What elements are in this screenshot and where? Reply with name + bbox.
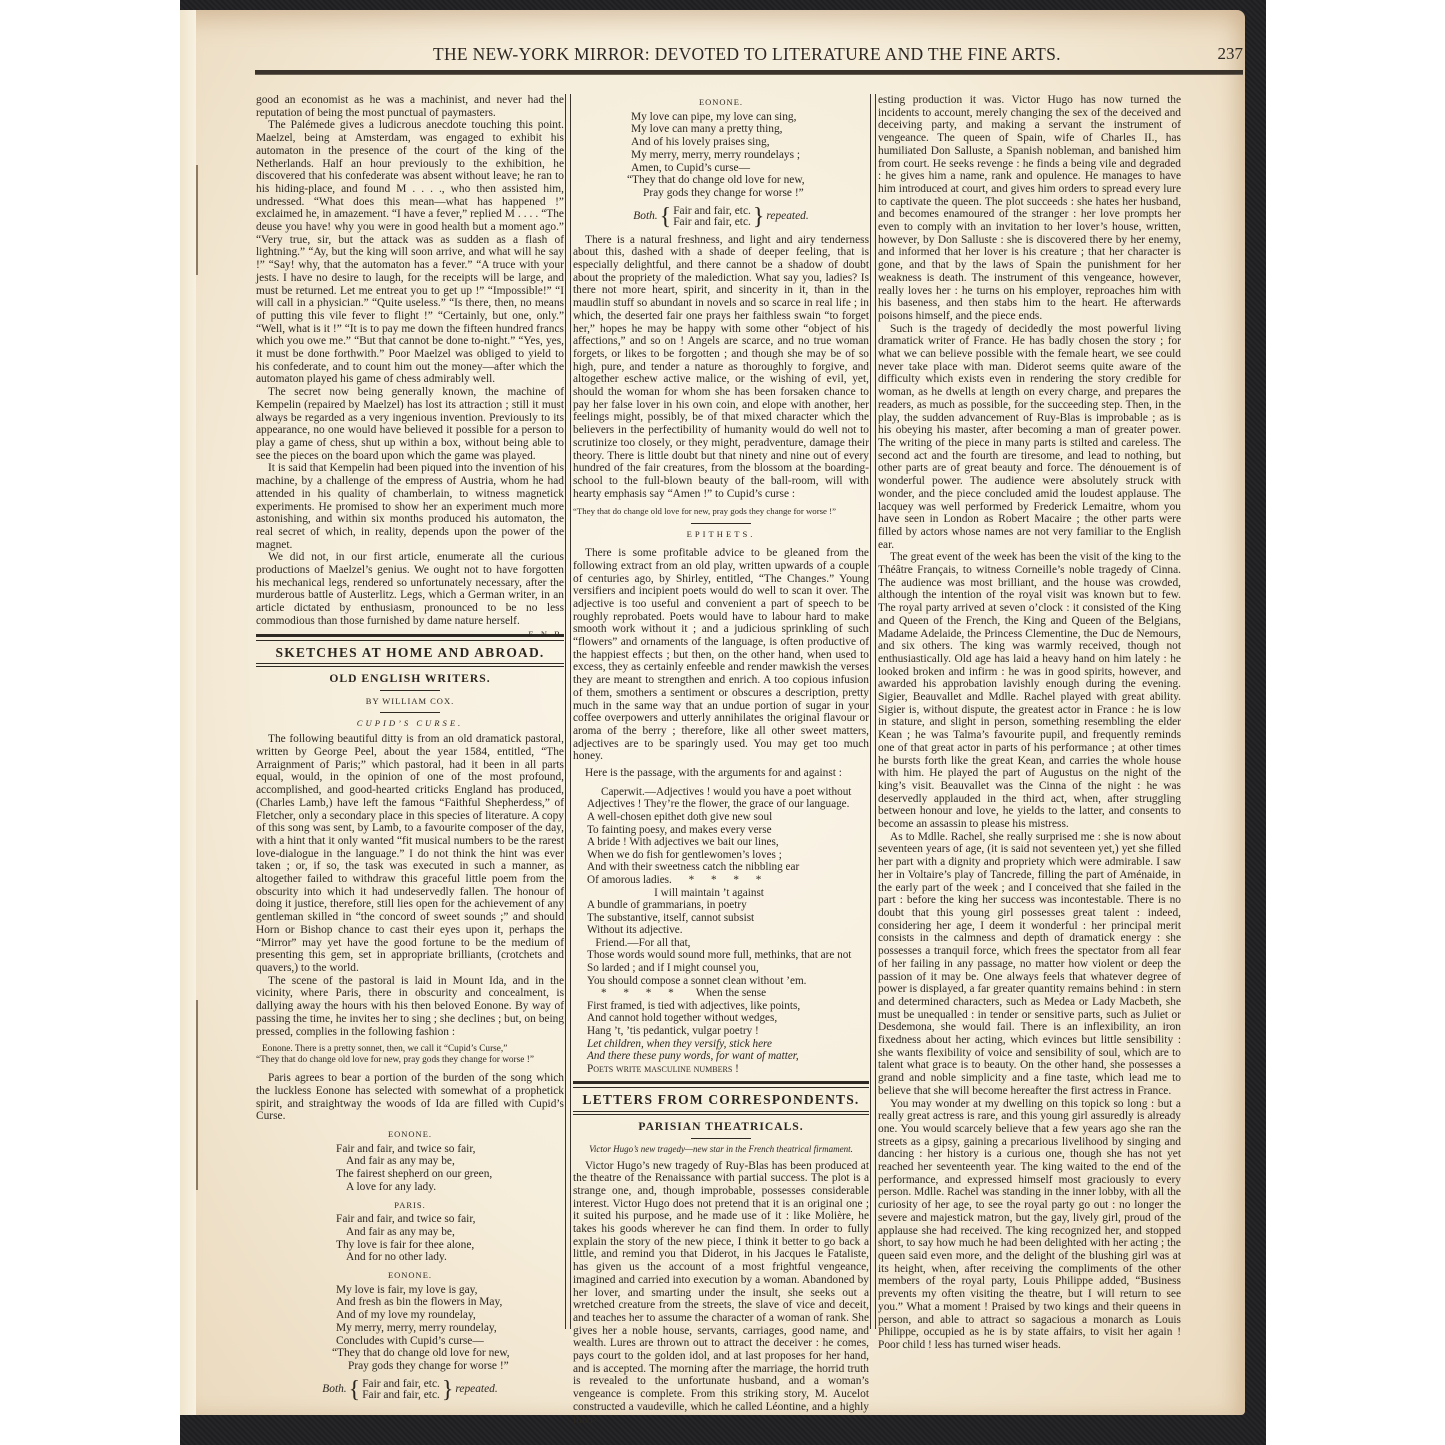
epithets-title: EPITHETS. xyxy=(573,528,869,541)
play-line: So larded ; and if I might counsel you, xyxy=(573,962,869,975)
verse-line: And fresh as bin the flowers in May, xyxy=(336,1296,564,1309)
verse-line: My love can pipe, my love can sing, xyxy=(631,111,869,124)
verse-line: My merry, merry, merry roundelays ; xyxy=(631,149,869,162)
play-line: * * * * When the sense xyxy=(573,987,869,1000)
repeated-label: repeated. xyxy=(455,1383,497,1396)
running-header: THE NEW-YORK MIRROR: DEVOTED TO LITERATU… xyxy=(255,44,1255,84)
both-lines: Fair and fair, etc. Fair and fair, etc. xyxy=(673,206,751,228)
both-label: Both. xyxy=(322,1383,346,1396)
paragraph: There is some profitable advice to be gl… xyxy=(573,547,869,763)
verse-line: My merry, merry, merry roundelay, xyxy=(336,1322,564,1335)
speaker-label: EONONE. xyxy=(256,1269,564,1282)
binding-thread-bottom xyxy=(196,1000,198,1190)
paragraph: You may wonder at my dwelling on this to… xyxy=(878,1098,1181,1352)
play-line: And there these puny words, for want of … xyxy=(573,1050,869,1063)
binding-edge xyxy=(180,10,196,1415)
play-line: Poets write masculine numbers ! xyxy=(573,1063,869,1076)
play-line: Without its adjective. xyxy=(573,924,869,937)
page-number: 237 xyxy=(1218,44,1244,64)
play-line: Adjectives ! They’re the flower, the gra… xyxy=(573,798,869,811)
section-rule xyxy=(256,663,564,667)
verse-line: A love for any lady. xyxy=(336,1181,564,1194)
speaker-label: PARIS. xyxy=(256,1199,564,1212)
column-divider-1 xyxy=(565,94,571,1329)
verse-line: Concludes with Cupid’s curse— xyxy=(336,1335,564,1348)
paragraph: The following beautiful ditty is from an… xyxy=(256,733,564,974)
paragraph: good an economist as he was a machinist,… xyxy=(256,94,564,119)
section-title: SKETCHES AT HOME AND ABROAD. xyxy=(256,647,564,660)
right-brace-icon: } xyxy=(442,1380,454,1400)
play-line: Of amorous ladies. * * * * xyxy=(573,874,869,887)
section-rule xyxy=(573,1081,869,1088)
repeated-label: repeated. xyxy=(766,210,808,223)
column-2: EONONE. My love can pipe, my love can si… xyxy=(573,94,869,1426)
section-rule xyxy=(573,1111,869,1115)
play-line: And with their sweetness catch the nibbl… xyxy=(573,861,869,874)
verse-line: And of my love my roundelay, xyxy=(336,1309,564,1322)
section-title: LETTERS FROM CORRESPONDENTS. xyxy=(573,1094,869,1107)
play-line: A bride ! With adjectives we bait our li… xyxy=(573,836,869,849)
verse-line: Fair and fair, etc. xyxy=(362,1390,440,1401)
song-verse: EONONE. Fair and fair, and twice so fair… xyxy=(256,1128,564,1373)
verse-line: And fair as any may be, xyxy=(336,1226,564,1239)
short-rule xyxy=(691,1138,751,1139)
song-verse: EONONE. My love can pipe, my love can si… xyxy=(573,96,869,200)
paragraph: There is a natural freshness, and light … xyxy=(573,234,869,501)
quoted-sonnet: Eonone. There is a pretty sonnet, then, … xyxy=(256,1044,564,1066)
article-dek: Victor Hugo’s new tragedy—new star in th… xyxy=(573,1143,869,1156)
left-brace-icon: { xyxy=(349,1380,361,1400)
verse-line: Fair and fair, etc. xyxy=(673,217,751,228)
play-excerpt: Caperwit.—Adjectives ! would you have a … xyxy=(573,786,869,1076)
play-line: A bundle of grammarians, in poetry xyxy=(573,899,869,912)
play-line: And cannot hold together without wedges, xyxy=(573,1012,869,1025)
play-line: Caperwit.—Adjectives ! would you have a … xyxy=(573,786,869,799)
quote-line: Eonone. There is a pretty sonnet, then, … xyxy=(256,1044,564,1055)
header-rule xyxy=(255,70,1243,75)
article-title: PARISIAN THEATRICALS. xyxy=(573,1121,869,1134)
verse-line: Fair and fair, etc. xyxy=(673,206,751,217)
article-title: OLD ENGLISH WRITERS. xyxy=(256,673,564,686)
author-signature: E. N. B. xyxy=(516,628,564,641)
paragraph: It is said that Kempelin had been piqued… xyxy=(256,462,564,551)
both-repeated: Both. { Fair and fair, etc. Fair and fai… xyxy=(256,1379,564,1401)
play-line: To fainting poesy, and makes every verse xyxy=(573,824,869,837)
right-brace-icon: } xyxy=(753,207,765,227)
speaker-label: EONONE. xyxy=(573,96,869,109)
binding-thread-top xyxy=(196,165,198,275)
closing-quote: “They that do change old love for new, p… xyxy=(573,506,869,517)
play-line: A well-chosen epithet doth give new soul xyxy=(573,811,869,824)
paragraph: The secret now being generally known, th… xyxy=(256,386,564,462)
column-3: esting production it was. Victor Hugo ha… xyxy=(878,94,1181,1352)
paragraph: We did not, in our first article, enumer… xyxy=(256,551,564,627)
column-1: good an economist as he was a machinist,… xyxy=(256,94,564,1407)
paragraph-text: We did not, in our first article, enumer… xyxy=(256,551,564,627)
publication-title: THE NEW-YORK MIRROR: DEVOTED TO LITERATU… xyxy=(433,44,1061,65)
verse-line: The fairest shepherd on our green, xyxy=(336,1168,564,1181)
verse-line: “They that do change old love for new, xyxy=(627,174,869,187)
short-rule xyxy=(691,523,751,524)
verse-line: My love can many a pretty thing, xyxy=(631,123,869,136)
verse-line: Pray gods they change for worse !” xyxy=(336,1360,564,1373)
both-label: Both. xyxy=(633,210,657,223)
verse-line: Fair and fair, and twice so fair, xyxy=(336,1213,564,1226)
play-line: When we do fish for gentlewomen’s loves … xyxy=(573,849,869,862)
article-subtitle: CUPID’S CURSE. xyxy=(256,717,564,730)
play-line: I will maintain ’t against xyxy=(573,887,869,900)
both-lines: Fair and fair, etc. Fair and fair, etc. xyxy=(362,1379,440,1401)
verse-line: Amen, to Cupid’s curse— xyxy=(631,162,869,175)
verse-line: And fair as any may be, xyxy=(336,1155,564,1168)
play-line: Friend.—For all that, xyxy=(573,937,869,950)
verse-line: “They that do change old love for new, xyxy=(332,1347,564,1360)
verse-line: Fair and fair, and twice so fair, xyxy=(336,1143,564,1156)
speaker-label: EONONE. xyxy=(256,1128,564,1141)
play-line: Hang ’t, ’tis pedantick, vulgar poetry ! xyxy=(573,1025,869,1038)
both-repeated: Both. { Fair and fair, etc. Fair and fai… xyxy=(573,206,869,228)
play-line: You should compose a sonnet clean withou… xyxy=(573,975,869,988)
byline: BY WILLIAM COX. xyxy=(256,695,564,708)
verse-line: Thy love is fair for thee alone, xyxy=(336,1239,564,1252)
play-line: The substantive, itself, cannot subsist xyxy=(573,912,869,925)
short-rule xyxy=(380,690,440,691)
paragraph: The scene of the pastoral is laid in Mou… xyxy=(256,975,564,1039)
paragraph: Here is the passage, with the arguments … xyxy=(573,767,869,780)
left-brace-icon: { xyxy=(660,207,672,227)
paragraph: Such is the tragedy of decidedly the mos… xyxy=(878,323,1181,552)
paragraph: Paris agrees to bear a portion of the bu… xyxy=(256,1072,564,1123)
quote-line: “They that do change old love for new, p… xyxy=(256,1055,564,1066)
paragraph: The great event of the week has been the… xyxy=(878,551,1181,830)
column-divider-2 xyxy=(870,94,876,1329)
play-line: Let children, when they versify, stick h… xyxy=(573,1038,869,1051)
short-rule xyxy=(380,712,440,713)
verse-line: My love is fair, my love is gay, xyxy=(336,1284,564,1297)
verse-line: Pray gods they change for worse !” xyxy=(631,187,869,200)
paragraph: esting production it was. Victor Hugo ha… xyxy=(878,94,1181,323)
verse-line: And for no other lady. xyxy=(336,1251,564,1264)
paragraph: Victor Hugo’s new tragedy of Ruy-Blas ha… xyxy=(573,1160,869,1427)
verse-line: And of his lovely praises sing, xyxy=(631,136,869,149)
paragraph: As to Mdlle. Rachel, she really surprise… xyxy=(878,831,1181,1098)
play-line: Those words would sound more full, methi… xyxy=(573,949,869,962)
play-line: First framed, is tied with adjectives, l… xyxy=(573,1000,869,1013)
paragraph: The Palémede gives a ludicrous anecdote … xyxy=(256,119,564,386)
